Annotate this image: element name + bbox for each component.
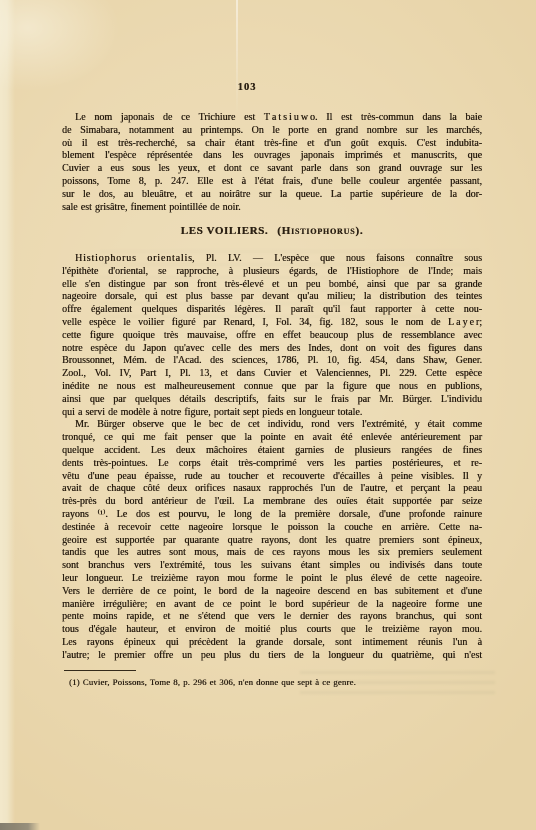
text-line: qui a servi de modèle à notre figure, po… — [62, 407, 482, 420]
section-heading-genus: (Histiophorus). — [277, 225, 363, 237]
text-line: tandis que les autres sont mous, mais de… — [62, 547, 482, 560]
paragraph-histiophorus-description: H i s t i o p h o r u s o r i e n t a l … — [62, 253, 482, 419]
text-line: poissons, Tome 8, p. 247. Elle est à l'é… — [62, 176, 482, 189]
text-line: dents très-pointues. Le corps était très… — [62, 458, 482, 471]
text-line: velle espèce le voilier figuré par Renar… — [62, 317, 482, 330]
text-line: sur le dos, au bleuâtre, et au noirâtre … — [62, 189, 482, 202]
text-line: blement l'espèce réprésentée dans les ou… — [62, 150, 482, 163]
text-line: leur longueur. Le treizième rayon mou fo… — [62, 573, 482, 586]
text-line: de Simabara, notamment au printemps. On … — [62, 125, 482, 138]
paragraph-trichiure: Le nom japonais de ce Trichiure est T a … — [62, 112, 482, 214]
paragraph-burger-observations: Mr. Bürger observe que le bec de cet ind… — [62, 419, 482, 662]
text-line: tous d'égale hauteur, et environ de moit… — [62, 624, 482, 637]
text-line: Le nom japonais de ce Trichiure est T a … — [62, 112, 482, 125]
text-line: très-près du bord antérieur de l'œil. La… — [62, 496, 482, 509]
text-line: H i s t i o p h o r u s o r i e n t a l … — [62, 253, 482, 266]
text-line: quelque accident. Les deux mâchoires éta… — [62, 445, 482, 458]
scan-corner-shadow — [0, 823, 40, 830]
footnote-rule — [64, 670, 136, 671]
text-line: notre espèce du Japon qu'avec celle des … — [62, 343, 482, 356]
text-line: Mr. Bürger observe que le bec de cet ind… — [62, 419, 482, 432]
text-line: Zool., Vol. IV, Part I, Pl. 13, et dans … — [62, 368, 482, 381]
text-line: nageoire dorsale, qui est plus basse par… — [62, 291, 482, 304]
text-line: avait de chaque côté deux orifices nasau… — [62, 483, 482, 496]
text-line: Broussonnet, Mém. de l'Acad. des science… — [62, 355, 482, 368]
text-line: ainsi que par quelques détails descripti… — [62, 394, 482, 407]
main-text-block: H i s t i o p h o r u s o r i e n t a l … — [62, 253, 482, 663]
text-line: pente moins rapide, et ne s'étend que ve… — [62, 611, 482, 624]
page-number: 103 — [62, 82, 432, 93]
footnote-text: (1) Cuvier, Poissons, Tome 8, p. 296 et … — [62, 677, 482, 688]
text-line: où il est très-recherché, sa chair étant… — [62, 138, 482, 151]
text-line: offre également quelques disparités légè… — [62, 304, 482, 317]
section-heading: LES VOILIERS.(Histiophorus). — [62, 225, 482, 237]
text-line: sont branchus vers l'extrémité, tous les… — [62, 560, 482, 573]
text-line: l'autre; le premier offre un peu plus du… — [62, 650, 482, 663]
text-line: Les rayons épineux qui précèdent la gran… — [62, 637, 482, 650]
text-line: sale est grisâtre, finement pointillée d… — [62, 202, 482, 215]
text-line: l'épithète d'oriental, se rapproche, à p… — [62, 266, 482, 279]
text-line: elle s'en distingue par son front très-é… — [62, 279, 482, 292]
book-page-scan: 103 Le nom japonais de ce Trichiure est … — [0, 0, 536, 830]
text-line: Cuvier a eus sous les yeux, et dont ce s… — [62, 163, 482, 176]
text-line: inédite ne nous est malheureusement conn… — [62, 381, 482, 394]
text-line: vêtu d'une peau épaisse, rude au toucher… — [62, 471, 482, 484]
text-line: Vers le derrière de ce point, le bord de… — [62, 586, 482, 599]
text-line: manière irrégulière; en avant de ce poin… — [62, 599, 482, 612]
paper-crease — [236, 0, 238, 115]
text-line: geoire est supportée par quarante quatre… — [62, 535, 482, 548]
text-line: cette figure quoique très mauvaise, offr… — [62, 330, 482, 343]
text-line: destinée à recevoir cette nageoire lorsq… — [62, 522, 482, 535]
section-heading-title: LES VOILIERS. — [181, 225, 268, 237]
text-line: tronqué, ce qui me fait penser que la po… — [62, 432, 482, 445]
text-line: rayons ⁽¹⁾. Le dos est pourvu, le long d… — [62, 509, 482, 522]
